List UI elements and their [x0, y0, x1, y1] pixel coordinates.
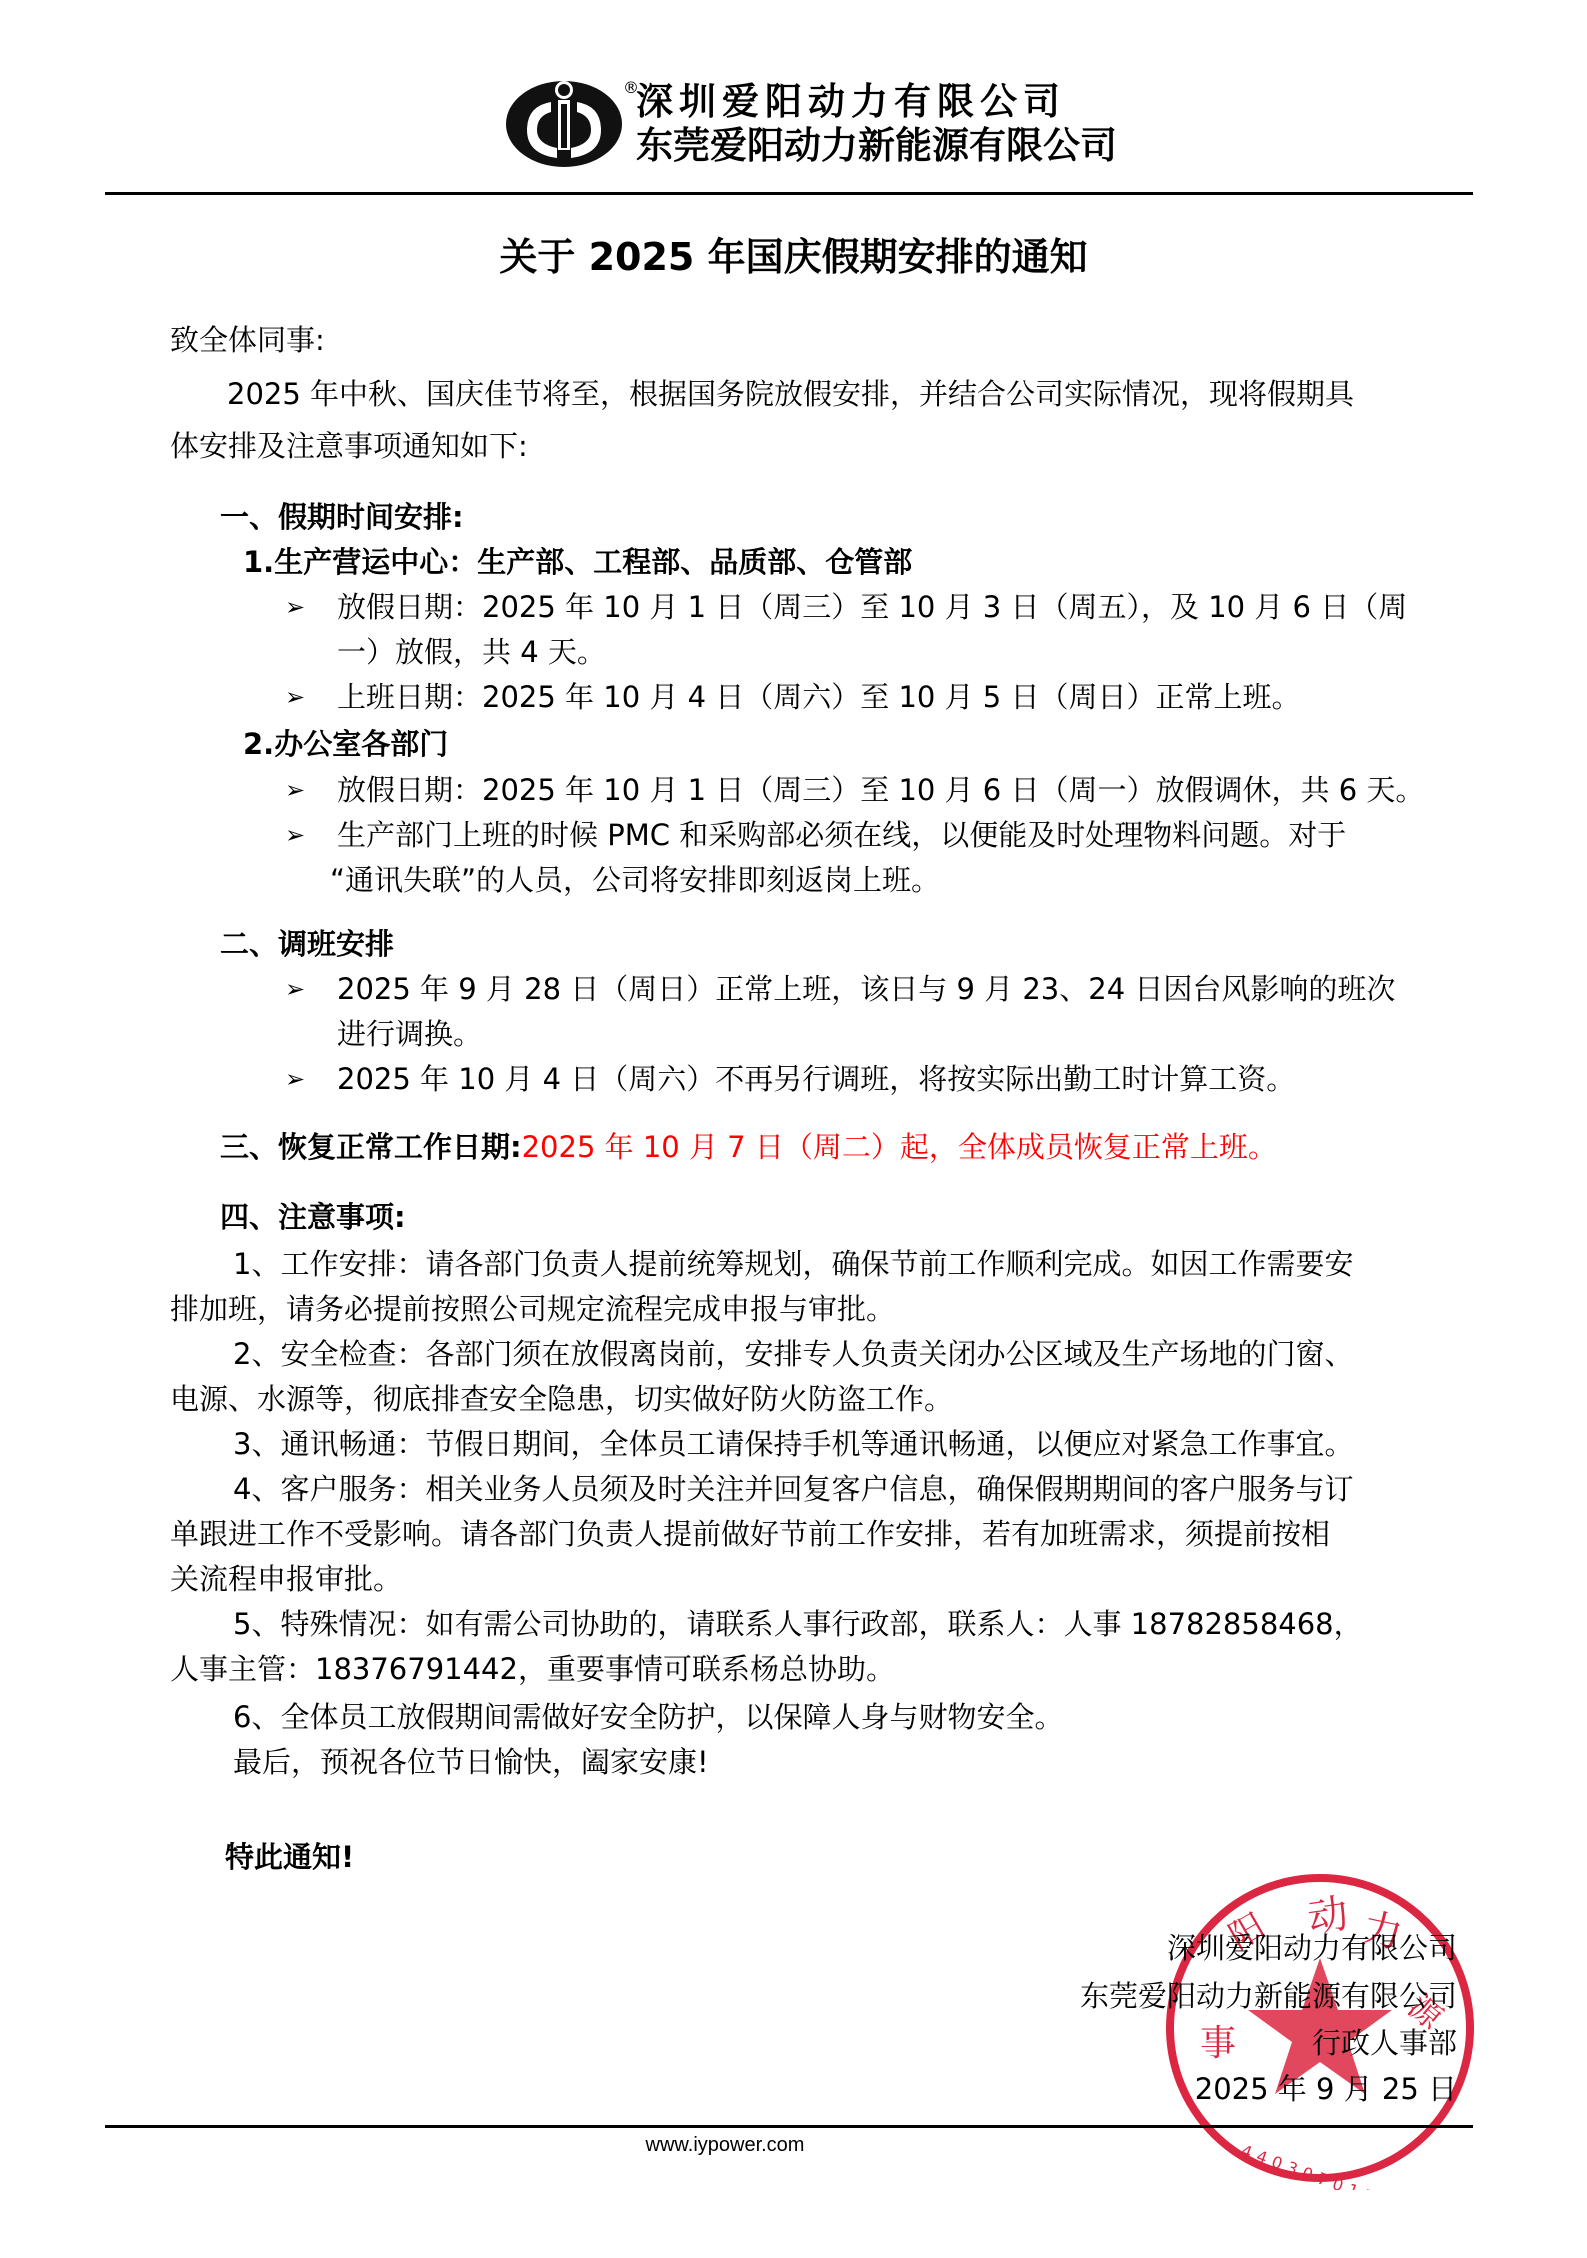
bullet-arrow-icon: ➢ — [285, 585, 305, 630]
bullet-text-cont: 一）放假，共 4 天。 — [337, 630, 606, 675]
section-heading-4: 四、注意事项: — [220, 1195, 406, 1240]
intro-line2: 体安排及注意事项通知如下: — [170, 424, 528, 469]
page-title: 关于 2025 年国庆假期安排的通知 — [0, 232, 1587, 282]
bullet-text: 放假日期：2025 年 10 月 1 日（周三）至 10 月 3 日（周五），及… — [337, 585, 1407, 630]
note-line: 人事主管：18376791442，重要事情可联系杨总协助。 — [170, 1647, 895, 1692]
bullet-arrow-icon: ➢ — [285, 768, 305, 813]
note-line: 1、工作安排：请各部门负责人提前统筹规划，确保节前工作顺利完成。如因工作需要安 — [233, 1242, 1353, 1287]
bullet-text: 2025 年 10 月 4 日（周六）不再另行调班，将按实际出勤工时计算工资。 — [337, 1057, 1295, 1102]
note-line: 单跟进工作不受影响。请各部门负责人提前做好节前工作安排，若有加班需求，须提前按相 — [170, 1512, 1330, 1557]
bullet-arrow-icon: ➢ — [285, 813, 305, 858]
note-line: 6、全体员工放假期间需做好安全防护，以保障人身与财物安全。 — [233, 1695, 1063, 1740]
bullet-text-cont: “通讯失联”的人员，公司将安排即刻返岗上班。 — [330, 858, 940, 903]
note-line: 2、安全检查：各部门须在放假离岗前，安排专人负责关闭办公区域及生产场地的门窗、 — [233, 1332, 1353, 1377]
note-line: 3、通讯畅通：节假日期间，全体员工请保持手机等通讯畅通，以便应对紧急工作事宜。 — [233, 1422, 1353, 1467]
intro-line1: 2025 年中秋、国庆佳节将至，根据国务院放假安排，并结合公司实际情况，现将假期… — [227, 372, 1354, 417]
logo-mark-icon — [505, 78, 623, 168]
footer-website: www.iypower.com — [0, 2132, 1450, 2158]
section-heading-1: 一、假期时间安排: — [220, 495, 464, 540]
note-line: 电源、水源等，彻底排查安全隐患，切实做好防火防盗工作。 — [170, 1377, 953, 1422]
resume-date-highlight: 2025 年 10 月 7 日（周二）起，全体成员恢复正常上班。 — [522, 1130, 1277, 1164]
closing-wishes: 最后，预祝各位节日愉快，阖家安康! — [233, 1740, 709, 1785]
company-logo: ® 深圳爱阳动力有限公司 东莞爱阳动力新能源有限公司 — [505, 78, 1085, 170]
bullet-text: 上班日期：2025 年 10 月 4 日（周六）至 10 月 5 日（周日）正常… — [337, 675, 1300, 720]
bullet-arrow-icon: ➢ — [285, 967, 305, 1012]
note-line: 5、特殊情况：如有需公司协助的，请联系人事行政部，联系人：人事 18782858… — [233, 1602, 1363, 1647]
section-heading-2: 二、调班安排 — [220, 922, 394, 967]
header-rule — [105, 192, 1473, 195]
greeting: 致全体同事: — [170, 318, 325, 363]
signature-department: 行政人事部 — [1312, 2020, 1457, 2067]
bullet-text: 2025 年 9 月 28 日（周日）正常上班，该日与 9 月 23、24 日因… — [337, 967, 1395, 1012]
bullet-arrow-icon: ➢ — [285, 1057, 305, 1102]
company-name-line2: 东莞爱阳动力新能源有限公司 — [636, 124, 1117, 168]
footer-rule — [105, 2125, 1473, 2128]
section-heading-3-row: 三、恢复正常工作日期:2025 年 10 月 7 日（周二）起，全体成员恢复正常… — [220, 1125, 1277, 1170]
note-line: 4、客户服务：相关业务人员须及时关注并回复客户信息，确保假期期间的客户服务与订 — [233, 1467, 1353, 1512]
bullet-text: 生产部门上班的时候 PMC 和采购部必须在线，以便能及时处理物料问题。对于 — [337, 813, 1346, 858]
company-name-line1: 深圳爱阳动力有限公司 — [636, 80, 1066, 124]
signature-company-2: 东莞爱阳动力新能源有限公司 — [1080, 1973, 1457, 2020]
bullet-text: 放假日期：2025 年 10 月 1 日（周三）至 10 月 6 日（周一）放假… — [337, 768, 1424, 813]
signature-date: 2025 年 9 月 25 日 — [1195, 2066, 1457, 2113]
notice-end: 特此通知! — [225, 1835, 354, 1880]
bullet-arrow-icon: ➢ — [285, 675, 305, 720]
note-line: 排加班，请务必提前按照公司规定流程完成申报与审批。 — [170, 1287, 895, 1332]
bullet-text-cont: 进行调换。 — [337, 1012, 482, 1057]
subsection-heading-2: 2.办公室各部门 — [243, 722, 448, 767]
signature-company-1: 深圳爱阳动力有限公司 — [1167, 1925, 1457, 1972]
section-heading-3: 三、恢复正常工作日期: — [220, 1130, 522, 1164]
note-line: 关流程申报审批。 — [170, 1557, 402, 1602]
svg-text:事: 事 — [1200, 2023, 1236, 2064]
subsection-heading-1: 1.生产营运中心：生产部、工程部、品质部、仓管部 — [243, 540, 912, 585]
